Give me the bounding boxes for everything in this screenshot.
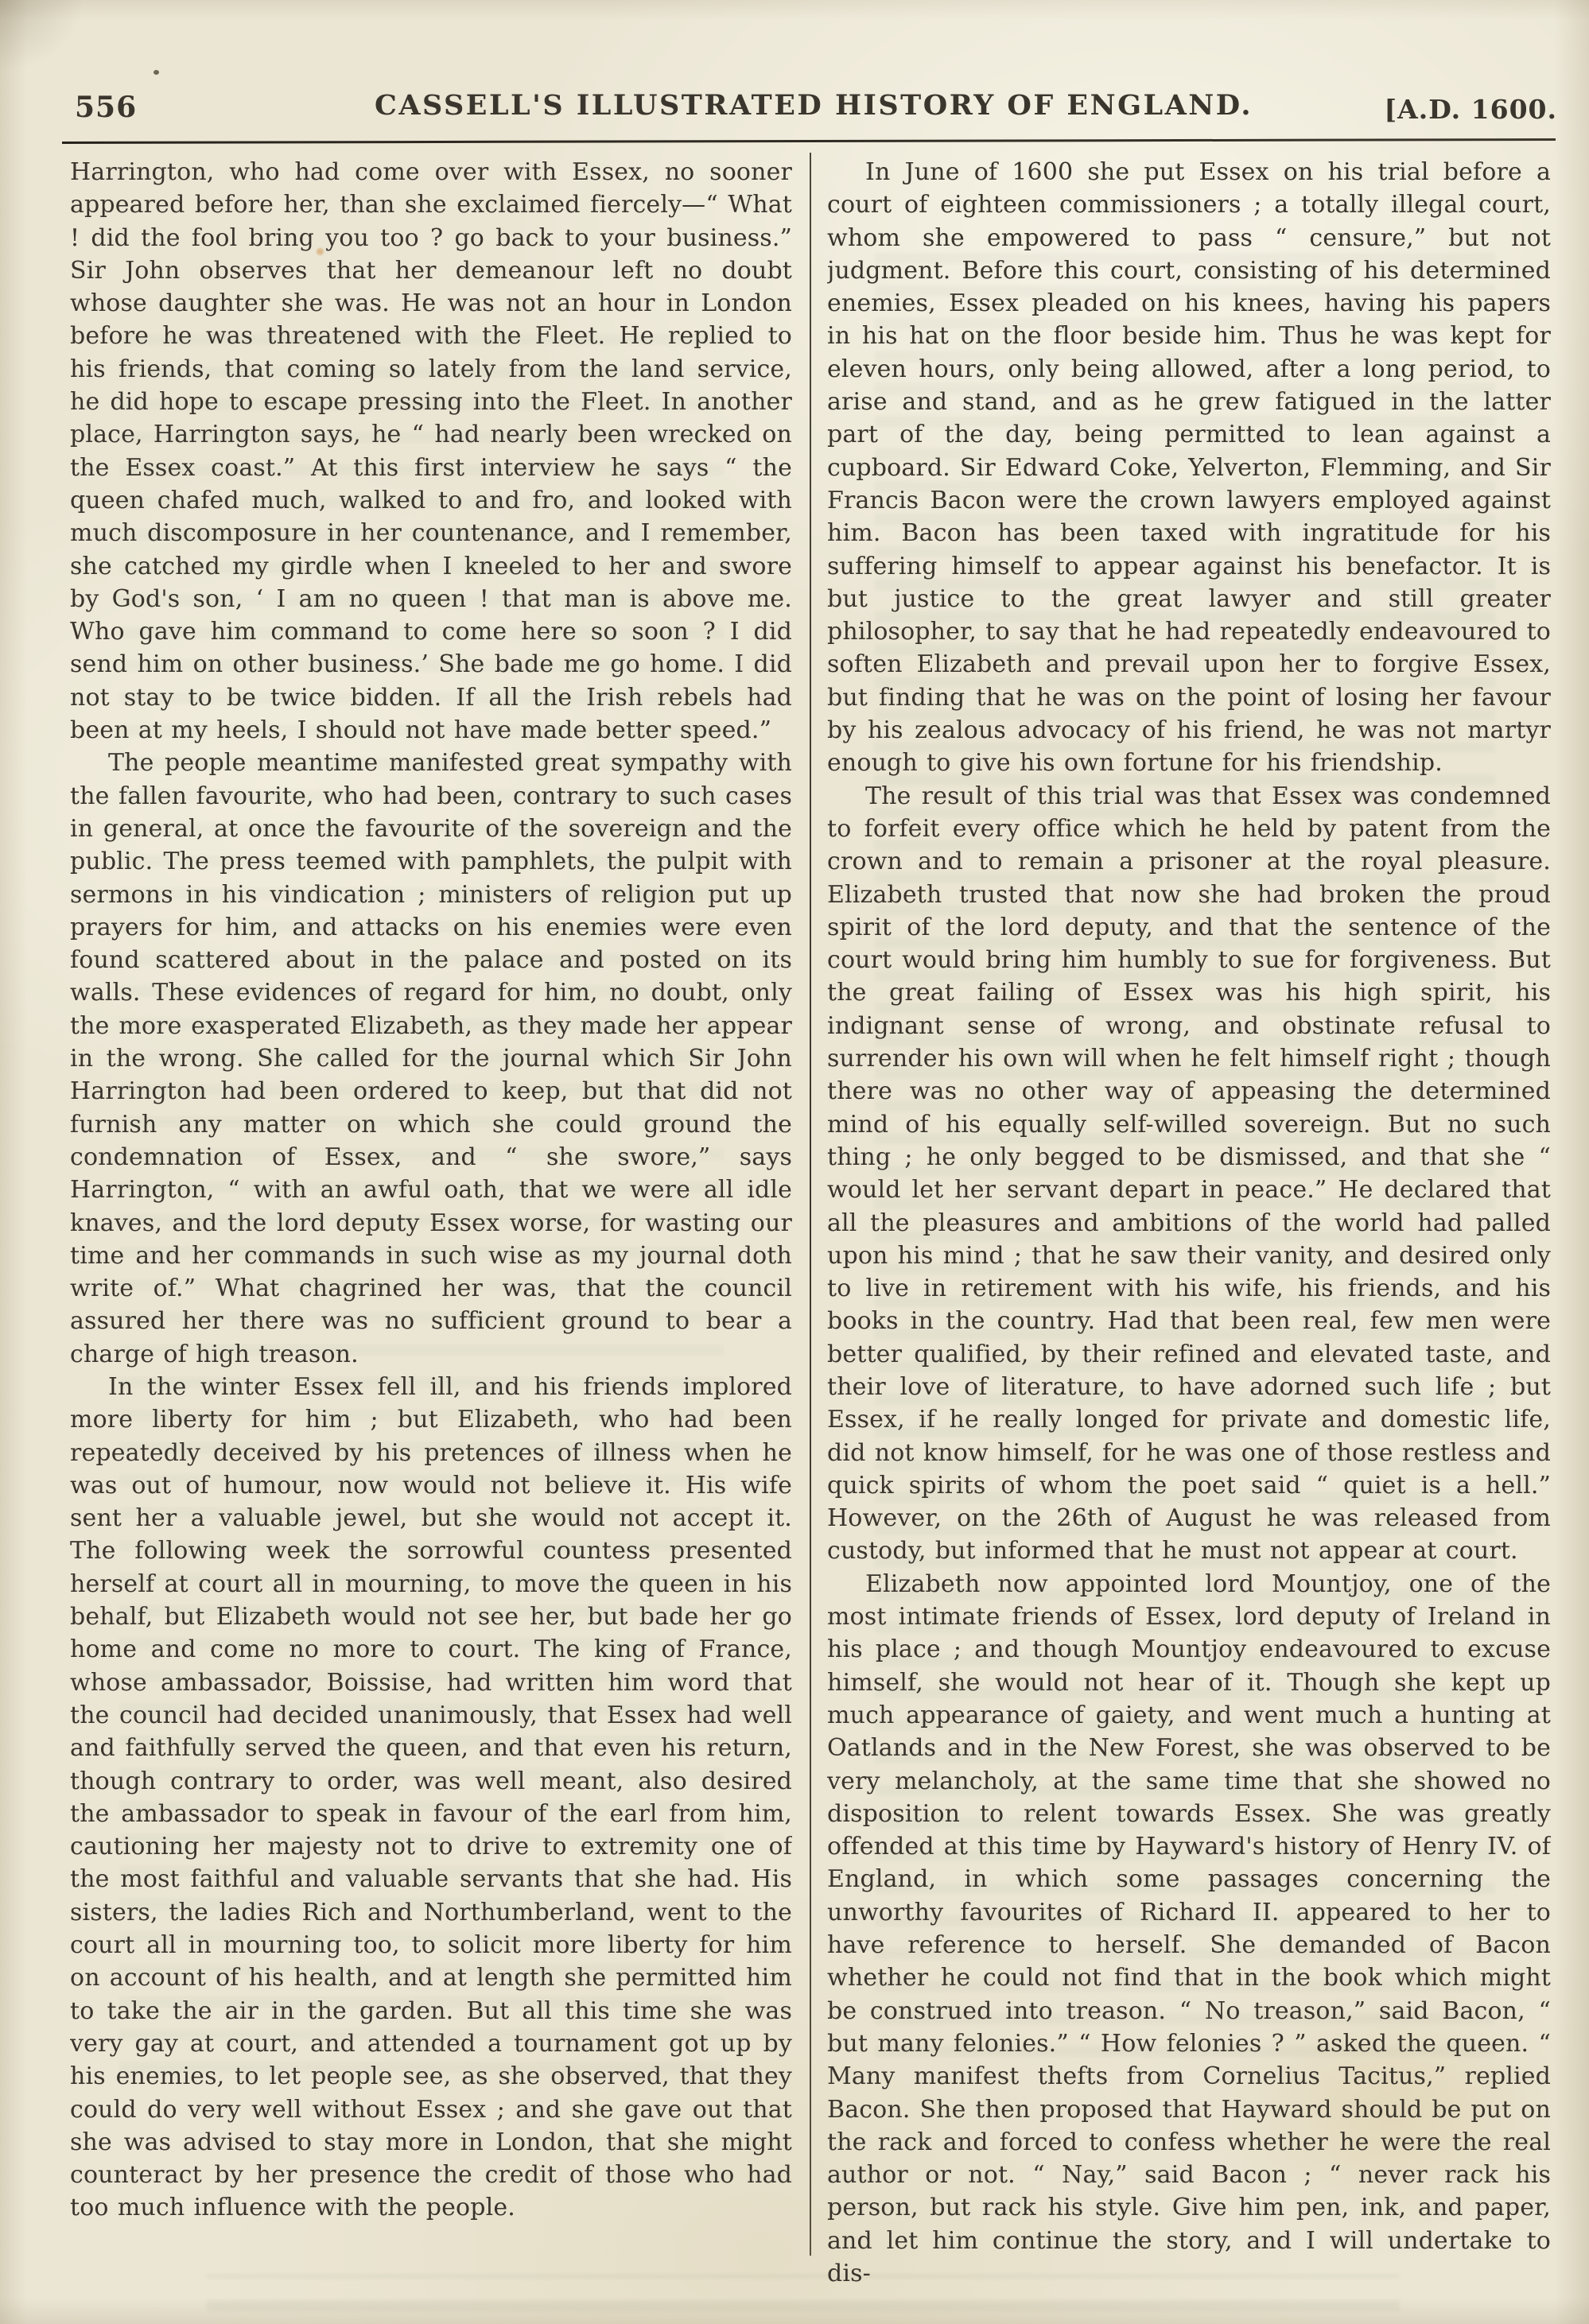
right-column: In June of 1600 she put Essex on his tri…	[827, 156, 1551, 2295]
paragraph: Elizabeth now appointed lord Mountjoy, o…	[827, 1568, 1551, 2291]
ink-spot	[153, 70, 159, 75]
header-rule	[62, 138, 1556, 144]
left-column: Harrington, who had come over with Essex…	[70, 156, 792, 2295]
paragraph: In the winter Essex fell ill, and his fr…	[70, 1371, 792, 2225]
book-page: { "page": { "number": "556", "header_tit…	[0, 0, 1589, 2324]
page-corner-shade	[0, 0, 111, 95]
page-title: CASSELL'S ILLUSTRATED HISTORY OF ENGLAND…	[70, 89, 1557, 122]
running-head: 556 CASSELL'S ILLUSTRATED HISTORY OF ENG…	[70, 86, 1557, 134]
column-divider	[810, 153, 811, 2256]
header-date: [A.D. 1600.	[1385, 94, 1557, 125]
paragraph: The people meantime manifested great sym…	[70, 747, 792, 1371]
paragraph: Harrington, who had come over with Essex…	[70, 156, 792, 747]
paragraph: In June of 1600 she put Essex on his tri…	[827, 156, 1551, 780]
paragraph: The result of this trial was that Essex …	[827, 780, 1551, 1568]
